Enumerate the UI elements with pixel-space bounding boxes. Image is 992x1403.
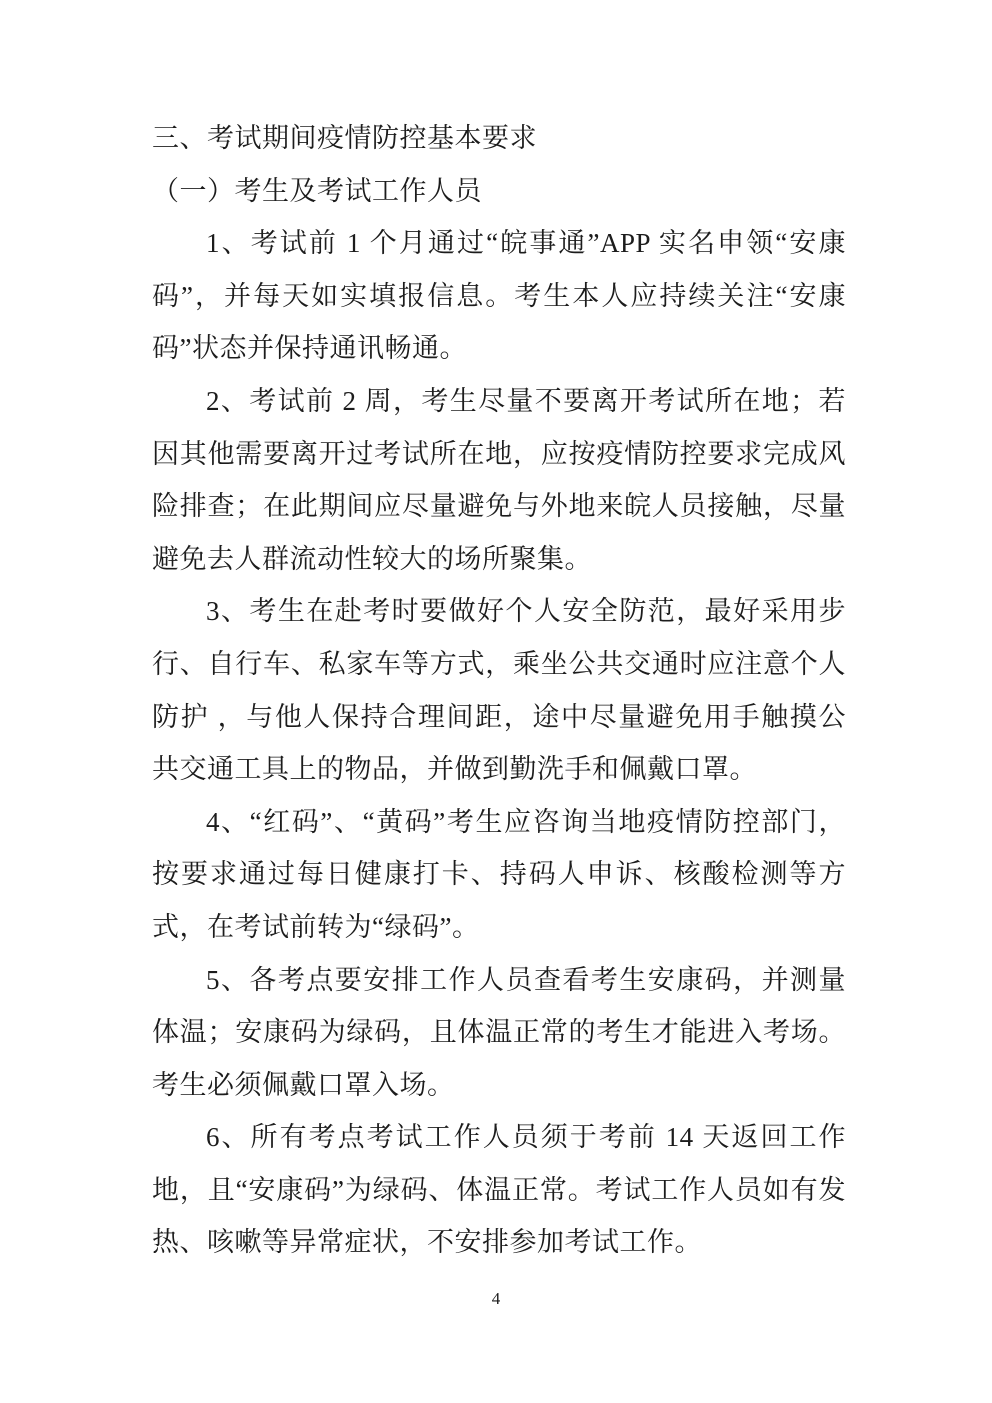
paragraph-6: 6、所有考点考试工作人员须于考前 14 天返回工作地，且“安康码”为绿码、体温正… — [152, 1111, 846, 1269]
paragraph-2: 2、考试前 2 周，考生尽量不要离开考试所在地；若因其他需要离开过考试所在地，应… — [152, 375, 846, 585]
paragraph-3: 3、考生在赴考时要做好个人安全防范，最好采用步行、自行车、私家车等方式，乘坐公共… — [152, 585, 846, 795]
page-number: 4 — [0, 1289, 992, 1309]
document-page: 三、考试期间疫情防控基本要求 （一）考生及考试工作人员 1、考试前 1 个月通过… — [0, 0, 992, 1403]
document-body: 三、考试期间疫情防控基本要求 （一）考生及考试工作人员 1、考试前 1 个月通过… — [152, 112, 846, 1269]
subsection-heading: （一）考生及考试工作人员 — [152, 165, 846, 218]
section-heading: 三、考试期间疫情防控基本要求 — [152, 112, 846, 165]
paragraph-5: 5、各考点要安排工作人员查看考生安康码，并测量体温；安康码为绿码，且体温正常的考… — [152, 954, 846, 1112]
paragraph-1: 1、考试前 1 个月通过“皖事通”APP 实名申领“安康码”，并每天如实填报信息… — [152, 217, 846, 375]
paragraph-4: 4、“红码”、“黄码”考生应咨询当地疫情防控部门，按要求通过每日健康打卡、持码人… — [152, 796, 846, 954]
